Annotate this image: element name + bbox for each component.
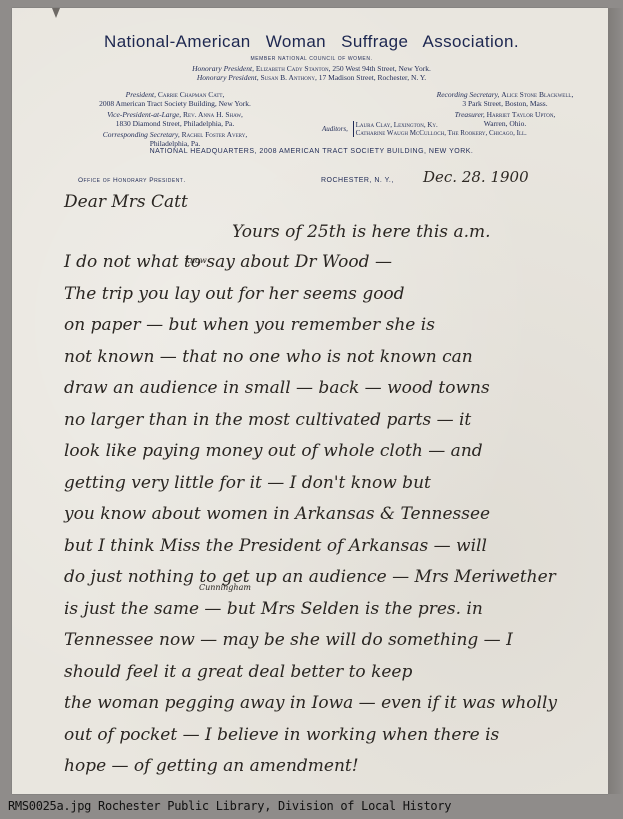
letter-line: you know about women in Arkansas & Tenne… [64,504,490,524]
letter-date: Dec. 28. 1900 [423,168,529,186]
auditors-label: Auditors, [322,125,348,133]
letterhead-title: National-American Woman Suffrage Associa… [0,32,623,52]
office-line: Office of Honorary President. [78,177,186,184]
officer-corresponding-secretary: Corresponding Secretary, Rachel Foster A… [70,130,280,148]
address: 17 Madison Street, Rochester, N. Y. [319,73,426,82]
address: 3 Park Street, Boston, Mass. [462,99,547,108]
role: President, [126,90,156,99]
place-line: ROCHESTER, N. Y., [321,177,394,184]
letter-insertion: Cunningham [199,583,251,592]
letter-line: the woman pegging away in Iowa — even if… [64,693,557,713]
name: Alice Stone Blackwell, [501,90,573,99]
letter-line: draw an audience in small — back — wood … [64,378,490,398]
officer-president: President, Carrie Chapman Catt, 2008 Ame… [70,90,280,108]
role: Vice-President-at-Large, [107,110,181,119]
role: Honorary President, [192,64,254,73]
auditor-2: Catharine Waugh McCulloch, The Rookery, … [356,129,527,137]
left-officers: President, Carrie Chapman Catt, 2008 Ame… [70,90,280,150]
letter-line: is just the same — but Mrs Selden is the… [64,599,483,619]
letter-line: Dear Mrs Catt [64,192,188,212]
letter-line: should feel it a great deal better to ke… [64,662,412,682]
letter-line: not known — that no one who is not known… [64,347,473,367]
letter-line-closing: hope — of getting an amendment! [64,756,359,776]
image-caption: RMS0025a.jpg Rochester Public Library, D… [8,799,451,813]
address: Philadelphia, Pa. [150,139,201,148]
role: Corresponding Secretary, [103,130,180,139]
letter-line: out of pocket — I believe in working whe… [64,725,499,745]
role: Recording Secretary, [437,90,500,99]
letter-line: getting very little for it — I don't kno… [64,473,431,493]
officer-recording-secretary: Recording Secretary, Alice Stone Blackwe… [390,90,620,108]
name: Rachel Foster Avery, [182,130,248,139]
letter-insertion: know [185,256,207,265]
letter-line: but I think Miss the President of Arkans… [64,536,487,556]
letter-line: Tennessee now — may be she will do somet… [64,630,513,650]
headquarters-line: NATIONAL HEADQUARTERS, 2008 AMERICAN TRA… [0,148,623,155]
auditors-names: Laura Clay, Lexington, Ky. Catharine Wau… [353,121,527,137]
letter-line: Yours of 25th is here this a.m. [232,222,491,242]
name: Carrie Chapman Catt, [158,90,224,99]
role: Treasurer, [455,110,485,119]
name: Rev. Anna H. Shaw, [183,110,243,119]
letter-line: I do not what to say about Dr Wood — [64,252,392,272]
letter-line: no larger than in the most cultivated pa… [64,410,471,430]
officer-vice-president: Vice-President-at-Large, Rev. Anna H. Sh… [70,110,280,128]
auditor-1: Laura Clay, Lexington, Ky. [356,121,438,129]
letter-line: look like paying money out of whole clot… [64,441,483,461]
honorary-president-1: Honorary President, Elizabeth Cady Stant… [0,64,623,73]
address: 2008 American Tract Society Building, Ne… [99,99,251,108]
letter-line: The trip you lay out for her seems good [64,284,405,304]
letterhead-member-line: MEMBER NATIONAL COUNCIL OF WOMEN. [0,56,623,62]
address: 250 West 94th Street, New York. [332,64,430,73]
name: Susan B. Anthony, [261,73,317,82]
name: Harriet Taylor Upton, [487,110,556,119]
letter-line: do just nothing to get up an audience — … [64,567,556,587]
letter-line: on paper — but when you remember she is [64,315,435,335]
address: 1830 Diamond Street, Philadelphia, Pa. [116,119,235,128]
role: Honorary President, [197,73,259,82]
name: Elizabeth Cady Stanton, [256,64,331,73]
honorary-president-2: Honorary President, Susan B. Anthony, 17… [0,73,623,82]
paper-notch [52,8,60,18]
auditors: Auditors, Laura Clay, Lexington, Ky. Cat… [322,121,527,137]
